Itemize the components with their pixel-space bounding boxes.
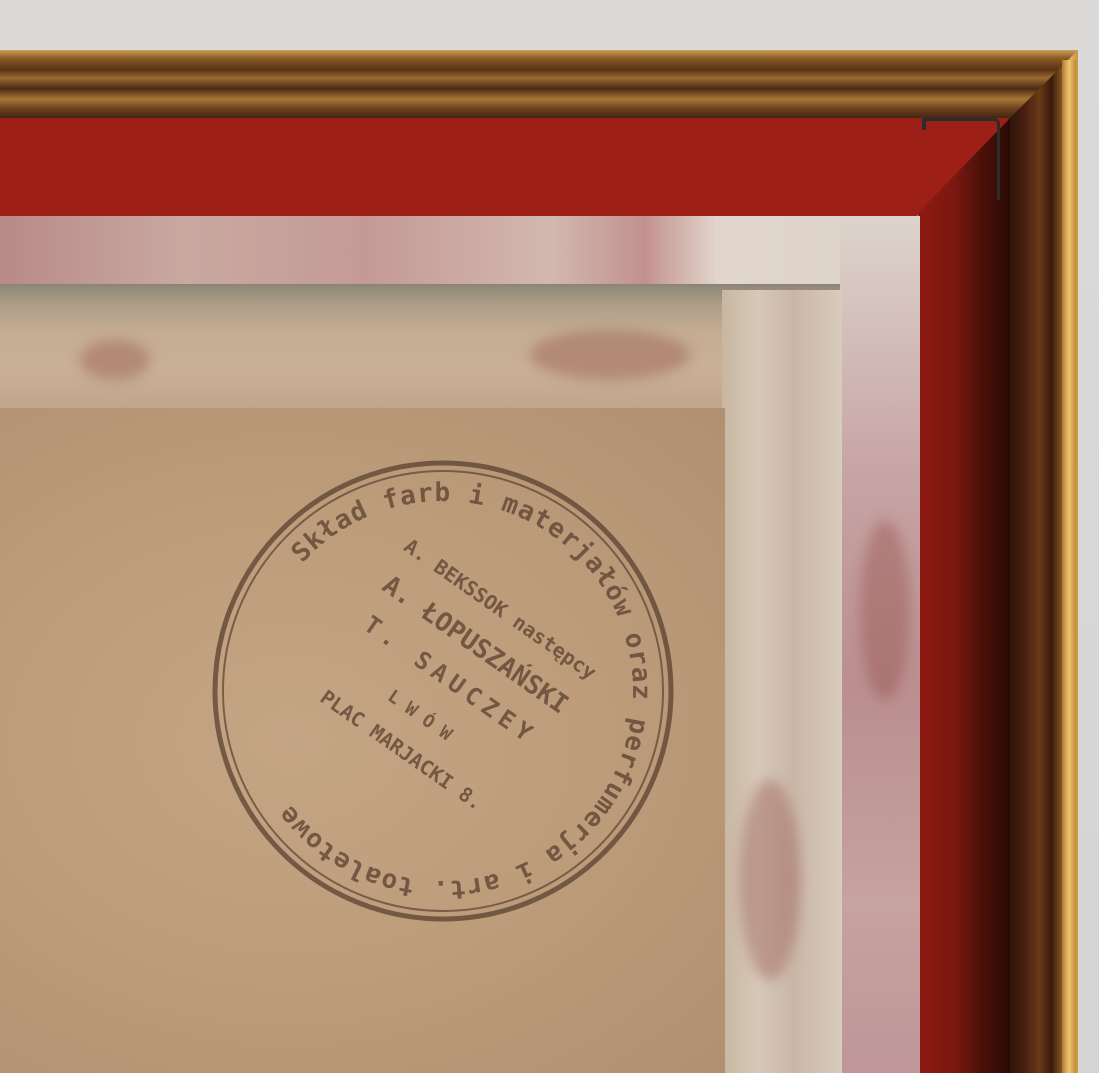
stain [860,520,910,700]
gilded-frame-top-rail [0,50,1078,120]
gilded-frame-edge-highlight [1062,60,1076,1073]
stain [530,330,690,380]
stain [740,780,800,980]
stain [80,340,150,380]
circular-rubber-stamp: Skład farb i materjałów oraz perfumerja … [210,458,676,924]
red-liner-top [0,118,1010,218]
paper-tape-outer-top [0,216,920,286]
red-liner-right [918,118,1010,1073]
wire-hanger-icon [922,118,1000,200]
stamp-seal-icon: Skład farb i materjałów oraz perfumerja … [210,458,676,924]
